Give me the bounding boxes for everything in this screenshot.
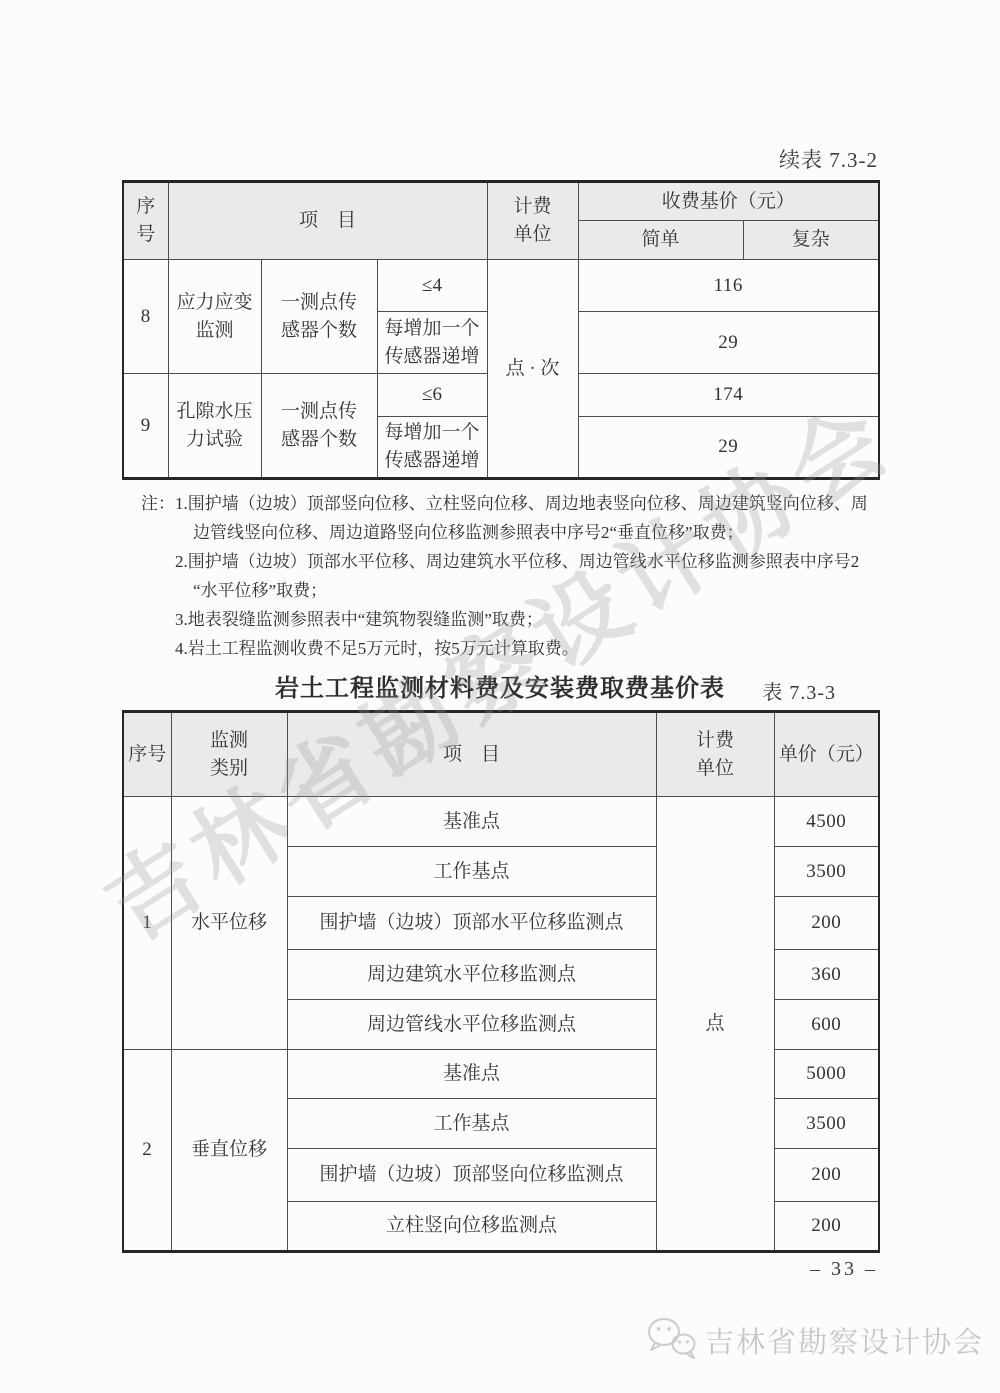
t2-item: 周边建筑水平位移监测点 xyxy=(287,950,656,1000)
t2-item: 工作基点 xyxy=(287,847,656,897)
materials-installation-price-table: 序号 监测 类别 项 目 计费 单位 单价（元） 1 水平位移 基准点 点 45… xyxy=(122,710,880,1253)
table2-titlebar: 岩土工程监测材料费及安装费取费基价表 表 7.3-3 xyxy=(122,668,878,704)
t1-row9-price1: 174 xyxy=(578,374,879,417)
note-line: 2.围护墙（边坡）顶部水平位移、周边建筑水平位移、周边管线水平位移监测参照表中序… xyxy=(175,547,886,576)
t1-header-complex: 复杂 xyxy=(743,221,879,260)
t2-group2-no: 2 xyxy=(123,1050,171,1252)
t2-item: 工作基点 xyxy=(287,1099,656,1149)
t2-header-item: 项 目 xyxy=(287,712,656,797)
t2-item: 围护墙（边坡）顶部水平位移监测点 xyxy=(287,897,656,950)
note-line: “水平位移”取费； xyxy=(175,576,886,605)
t2-unit-value: 点 xyxy=(656,797,774,1252)
t1-row8-subitem: 一测点传 感器个数 xyxy=(261,260,377,374)
t2-item: 基准点 xyxy=(287,1050,656,1099)
page-number: – 33 – xyxy=(810,1258,878,1281)
t1-row8-no: 8 xyxy=(123,260,168,374)
t1-row8-price2: 29 xyxy=(578,312,879,374)
t2-group1-category: 水平位移 xyxy=(171,797,287,1050)
t2-price: 200 xyxy=(774,1202,879,1252)
t2-header-price: 单价（元） xyxy=(774,712,879,797)
table-row: 8 应力应变 监测 一测点传 感器个数 ≤4 点 · 次 116 xyxy=(123,260,879,312)
t1-row9-subitem: 一测点传 感器个数 xyxy=(261,374,377,479)
note-line: 1.围护墙（边坡）顶部竖向位移、立柱竖向位移、周边地表竖向位移、周边建筑竖向位移… xyxy=(175,489,886,518)
table-notes: 注： 1.围护墙（边坡）顶部竖向位移、立柱竖向位移、周边地表竖向位移、周边建筑竖… xyxy=(141,489,886,663)
scanned-document-page: 吉林省勘察设计协会 续表 7.3-2 序 号 项 目 计费 单位 收费基价（元）… xyxy=(0,0,1000,1393)
t2-group1-no: 1 xyxy=(123,797,171,1050)
t2-header-no: 序号 xyxy=(123,712,171,797)
t1-header-item: 项 目 xyxy=(168,182,487,260)
t1-row8-category: 应力应变 监测 xyxy=(168,260,261,374)
t1-row9-condition1: ≤6 xyxy=(377,374,487,417)
t2-price: 600 xyxy=(774,1000,879,1050)
t1-row9-condition2: 每增加一个 传感器递增 xyxy=(377,417,487,479)
table2-caption: 表 7.3-3 xyxy=(762,676,836,705)
t2-item: 围护墙（边坡）顶部竖向位移监测点 xyxy=(287,1149,656,1202)
t2-price: 3500 xyxy=(774,1099,879,1149)
t2-price: 3500 xyxy=(774,847,879,897)
fee-base-price-table: 序 号 项 目 计费 单位 收费基价（元） 简单 复杂 8 应力应变 监测 一测… xyxy=(122,180,880,480)
t1-row8-condition2: 每增加一个 传感器递增 xyxy=(377,312,487,374)
footer-brand: 吉林省勘察设计协会 xyxy=(645,1316,984,1365)
t1-row8-price1: 116 xyxy=(578,260,879,312)
t1-header-no: 序 号 xyxy=(123,182,168,260)
footer-brand-text: 吉林省勘察设计协会 xyxy=(705,1320,984,1361)
t2-price: 4500 xyxy=(774,797,879,847)
t1-header-unit: 计费 单位 xyxy=(487,182,578,260)
note-line: 4.岩土工程监测收费不足5万元时，按5万元计算取费。 xyxy=(175,634,886,663)
t2-group2-category: 垂直位移 xyxy=(171,1050,287,1252)
wechat-icon xyxy=(645,1316,697,1365)
t2-item: 周边管线水平位移监测点 xyxy=(287,1000,656,1050)
note-line: 边管线竖向位移、周边道路竖向位移监测参照表中序号2“垂直位移”取费； xyxy=(175,518,886,547)
t1-row8-condition1: ≤4 xyxy=(377,260,487,312)
t2-price: 200 xyxy=(774,1149,879,1202)
t2-header-category: 监测 类别 xyxy=(171,712,287,797)
t2-item: 基准点 xyxy=(287,797,656,847)
t1-header-price-group: 收费基价（元） xyxy=(578,182,879,221)
t2-item: 立柱竖向位移监测点 xyxy=(287,1202,656,1252)
t1-header-simple: 简单 xyxy=(578,221,743,260)
t2-price: 5000 xyxy=(774,1050,879,1099)
t1-unit-value: 点 · 次 xyxy=(487,260,578,479)
continued-table-caption: 续表 7.3-2 xyxy=(122,144,878,174)
t2-header-unit: 计费 单位 xyxy=(656,712,774,797)
t2-price: 200 xyxy=(774,897,879,950)
t1-row9-price2: 29 xyxy=(578,417,879,479)
t1-row9-no: 9 xyxy=(123,374,168,479)
table-row: 1 水平位移 基准点 点 4500 xyxy=(123,797,879,847)
note-line: 3.地表裂缝监测参照表中“建筑物裂缝监测”取费； xyxy=(175,605,886,634)
t1-row9-category: 孔隙水压 力试验 xyxy=(168,374,261,479)
t2-price: 360 xyxy=(774,950,879,1000)
notes-label: 注： xyxy=(141,489,175,663)
